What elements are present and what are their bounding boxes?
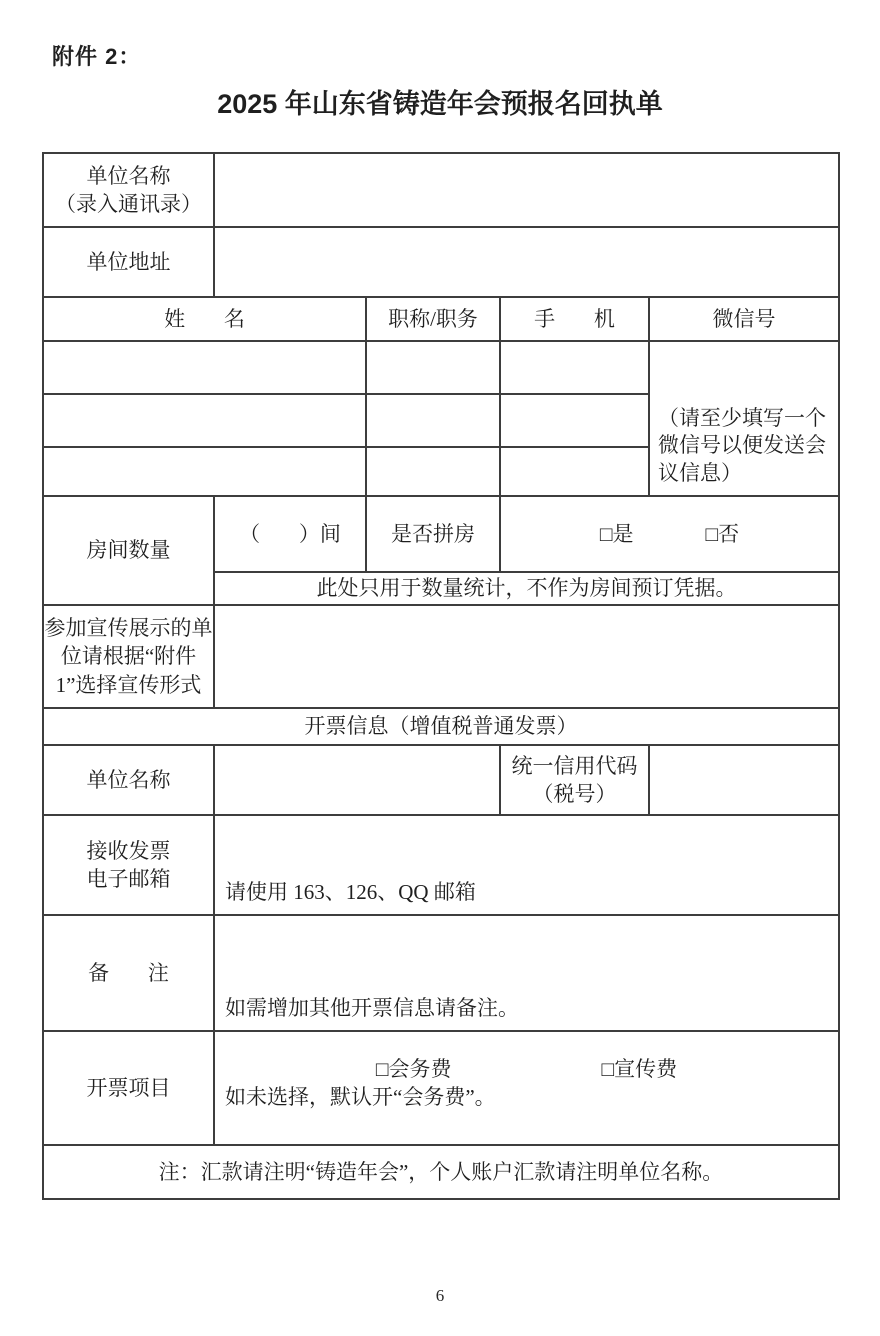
page-number: 6 [0,1286,880,1306]
invoice-email-label-line1: 接收发票 [44,837,213,865]
unit-name-label-cell: 单位名称 （录入通讯录） [43,153,214,227]
invoice-item-options-cell: □会务费 □宣传费 如未选择，默认开“会务费”。 [214,1031,839,1145]
invoice-email-hint: 请使用 163、126、QQ 邮箱 [215,878,838,914]
unit-name-label-line1: 单位名称 [44,162,213,190]
invoice-item-label: 开票项目 [43,1031,214,1145]
room-count-input-cell[interactable]: （ ）间 [214,496,366,572]
person-3-phone-cell[interactable] [500,447,649,496]
people-header-wechat: 微信号 [649,297,839,341]
invoice-unit-name-label: 单位名称 [43,745,214,815]
invoice-section-title: 开票信息（增值税普通发票） [43,708,839,745]
invoice-item-hint: 如未选择，默认开“会务费”。 [215,1083,838,1121]
room-count-label: 房间数量 [43,496,214,605]
person-3-title-cell[interactable] [366,447,500,496]
tax-id-input-cell[interactable] [649,745,839,815]
people-header-name: 姓 名 [43,297,366,341]
tax-id-label-cell: 统一信用代码 （税号） [500,745,649,815]
conference-fee-checkbox[interactable]: □会务费 [376,1055,452,1083]
tax-id-label-line2: （税号） [501,780,648,808]
person-2-phone-cell[interactable] [500,394,649,448]
attachment-label: 附件 2： [52,40,141,71]
people-header-title: 职称/职务 [366,297,500,341]
registration-form-table: 单位名称 （录入通讯录） 单位地址 姓 名 职称/职务 手 机 微信号 （请至少… [42,152,840,1200]
remark-hint: 如需增加其他开票信息请备注。 [215,994,838,1030]
promo-label: 参加宣传展示的单位请根据“附件 1”选择宣传形式 [43,605,214,708]
remark-label: 备 注 [43,915,214,1031]
person-2-title-cell[interactable] [366,394,500,448]
share-yes-checkbox[interactable]: □是 [600,520,634,548]
promo-input-cell[interactable] [214,605,839,708]
unit-name-label-line2: （录入通讯录） [44,190,213,218]
invoice-email-label-cell: 接收发票 电子邮箱 [43,815,214,915]
room-share-options-cell: □是 □否 [500,496,839,572]
person-1-name-cell[interactable] [43,341,366,394]
invoice-email-label-line2: 电子邮箱 [44,865,213,893]
wechat-note-text: （请至少填写一个微信号以便发送会议信息） [650,405,838,495]
unit-name-input-cell[interactable] [214,153,839,227]
person-2-name-cell[interactable] [43,394,366,448]
person-1-phone-cell[interactable] [500,341,649,394]
invoice-email-input-cell[interactable]: 请使用 163、126、QQ 邮箱 [214,815,839,915]
unit-address-label: 单位地址 [43,227,214,297]
share-no-checkbox[interactable]: □否 [706,520,740,548]
footnote: 注：汇款请注明“铸造年会”，个人账户汇款请注明单位名称。 [43,1145,839,1199]
page-title: 2025 年山东省铸造年会预报名回执单 [0,82,880,121]
wechat-input-cell[interactable]: （请至少填写一个微信号以便发送会议信息） [649,341,839,496]
promotion-fee-checkbox[interactable]: □宣传费 [602,1055,678,1083]
people-header-phone: 手 机 [500,297,649,341]
person-3-name-cell[interactable] [43,447,366,496]
invoice-unit-name-input-cell[interactable] [214,745,500,815]
remark-input-cell[interactable]: 如需增加其他开票信息请备注。 [214,915,839,1031]
room-note: 此处只用于数量统计，不作为房间预订凭据。 [214,572,839,605]
unit-address-input-cell[interactable] [214,227,839,297]
person-1-title-cell[interactable] [366,341,500,394]
tax-id-label-line1: 统一信用代码 [501,752,648,780]
room-share-label: 是否拼房 [366,496,500,572]
